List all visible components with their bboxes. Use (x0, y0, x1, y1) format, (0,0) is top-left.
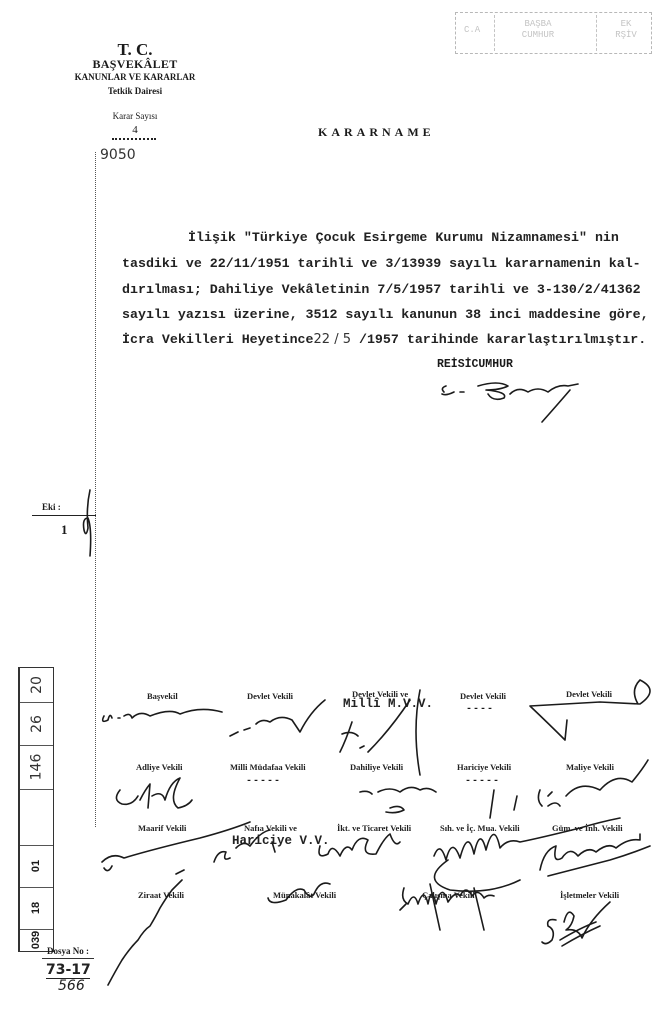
minister-signatures (0, 0, 659, 1024)
